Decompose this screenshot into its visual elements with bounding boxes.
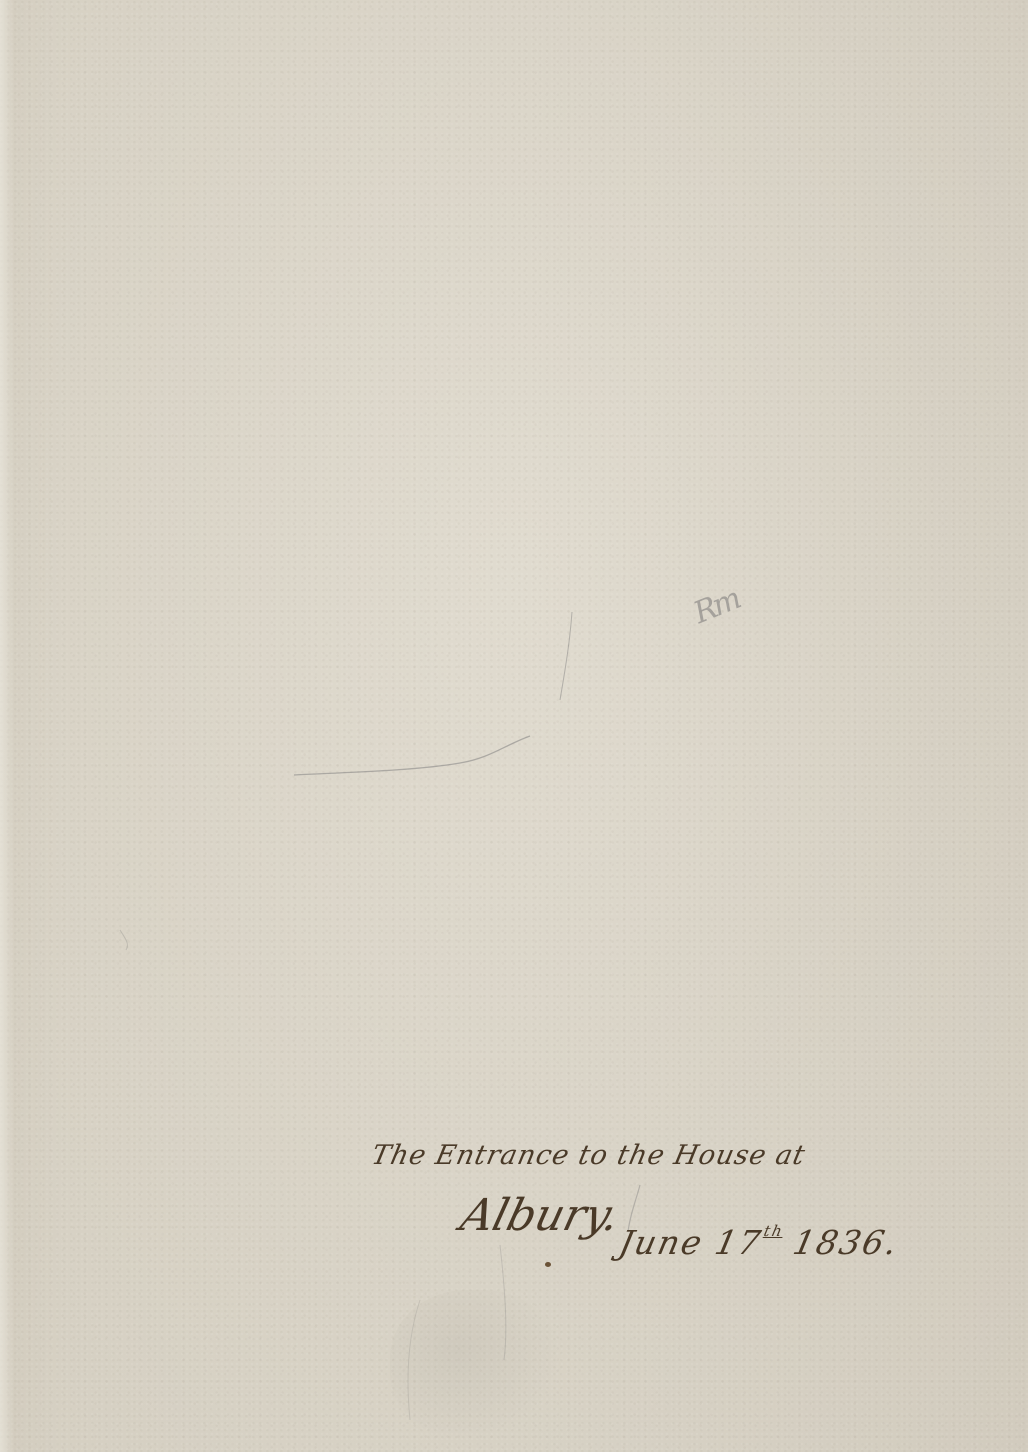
date-ordinal: th <box>762 1222 786 1240</box>
inscription-place: Albury. <box>456 1190 625 1241</box>
inscription-date: June 17th 1836. <box>616 1222 903 1262</box>
date-year: 1836. <box>790 1223 903 1262</box>
pencil-smudge <box>390 1290 560 1440</box>
pencil-annotation: Rm <box>689 582 744 631</box>
paper-left-edge <box>0 0 14 1452</box>
ink-blot <box>545 1262 551 1267</box>
date-day: June 17 <box>616 1223 766 1262</box>
paper-sheet: Rm The Entrance to the House at Albury. … <box>0 0 1028 1452</box>
inscription-title: The Entrance to the House at <box>369 1140 809 1171</box>
